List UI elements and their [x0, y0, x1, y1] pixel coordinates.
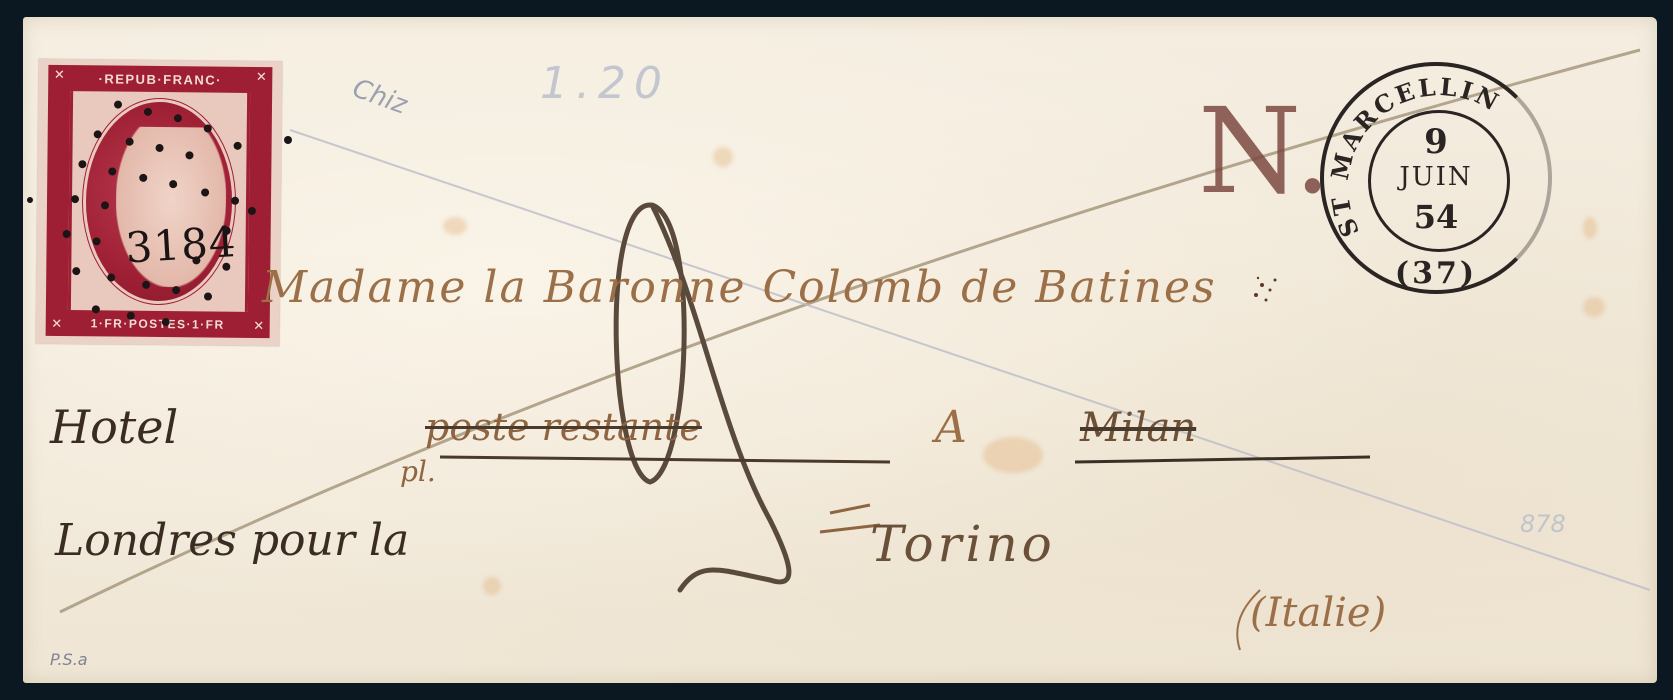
address-milan-struck: Milan — [1080, 405, 1196, 451]
datestamp-day: 9 — [1320, 122, 1552, 162]
stamp-ceres-1fr: ·REPUB·FRANC· ✕ ✕ ✕ ✕ 3184 1·FR·POSTES·1… — [36, 59, 283, 347]
datestamp-year: 54 — [1320, 198, 1552, 236]
address-pl: pl. — [400, 455, 436, 488]
pencil-price: 1.20 — [540, 58, 670, 109]
datestamp-department: (37) — [1320, 256, 1552, 291]
pencil-expert-mark: P.S.a — [50, 650, 88, 669]
address-line-3: Londres pour la — [55, 515, 409, 566]
datestamp-month: JUIN — [1320, 162, 1552, 192]
address-city-torino: Torino — [870, 515, 1056, 573]
address-hotel: Hotel — [50, 400, 178, 454]
address-a: A — [935, 402, 967, 453]
ink-spatter — [1254, 277, 1277, 302]
circular-datestamp: ST MARCELLIN 9 JUIN 54 (37) — [1320, 62, 1552, 294]
handstamp-n: N. — [1198, 82, 1331, 220]
address-line-1: Madame la Baronne Colomb de Batines — [262, 262, 1217, 313]
lozenge-cancel-icon — [36, 59, 283, 347]
pencil-reference: 878 — [1520, 510, 1566, 538]
address-country: (Italie) — [1250, 590, 1386, 636]
address-poste-restante-struck: poste restante — [425, 405, 702, 449]
strike-milan — [1075, 457, 1370, 462]
